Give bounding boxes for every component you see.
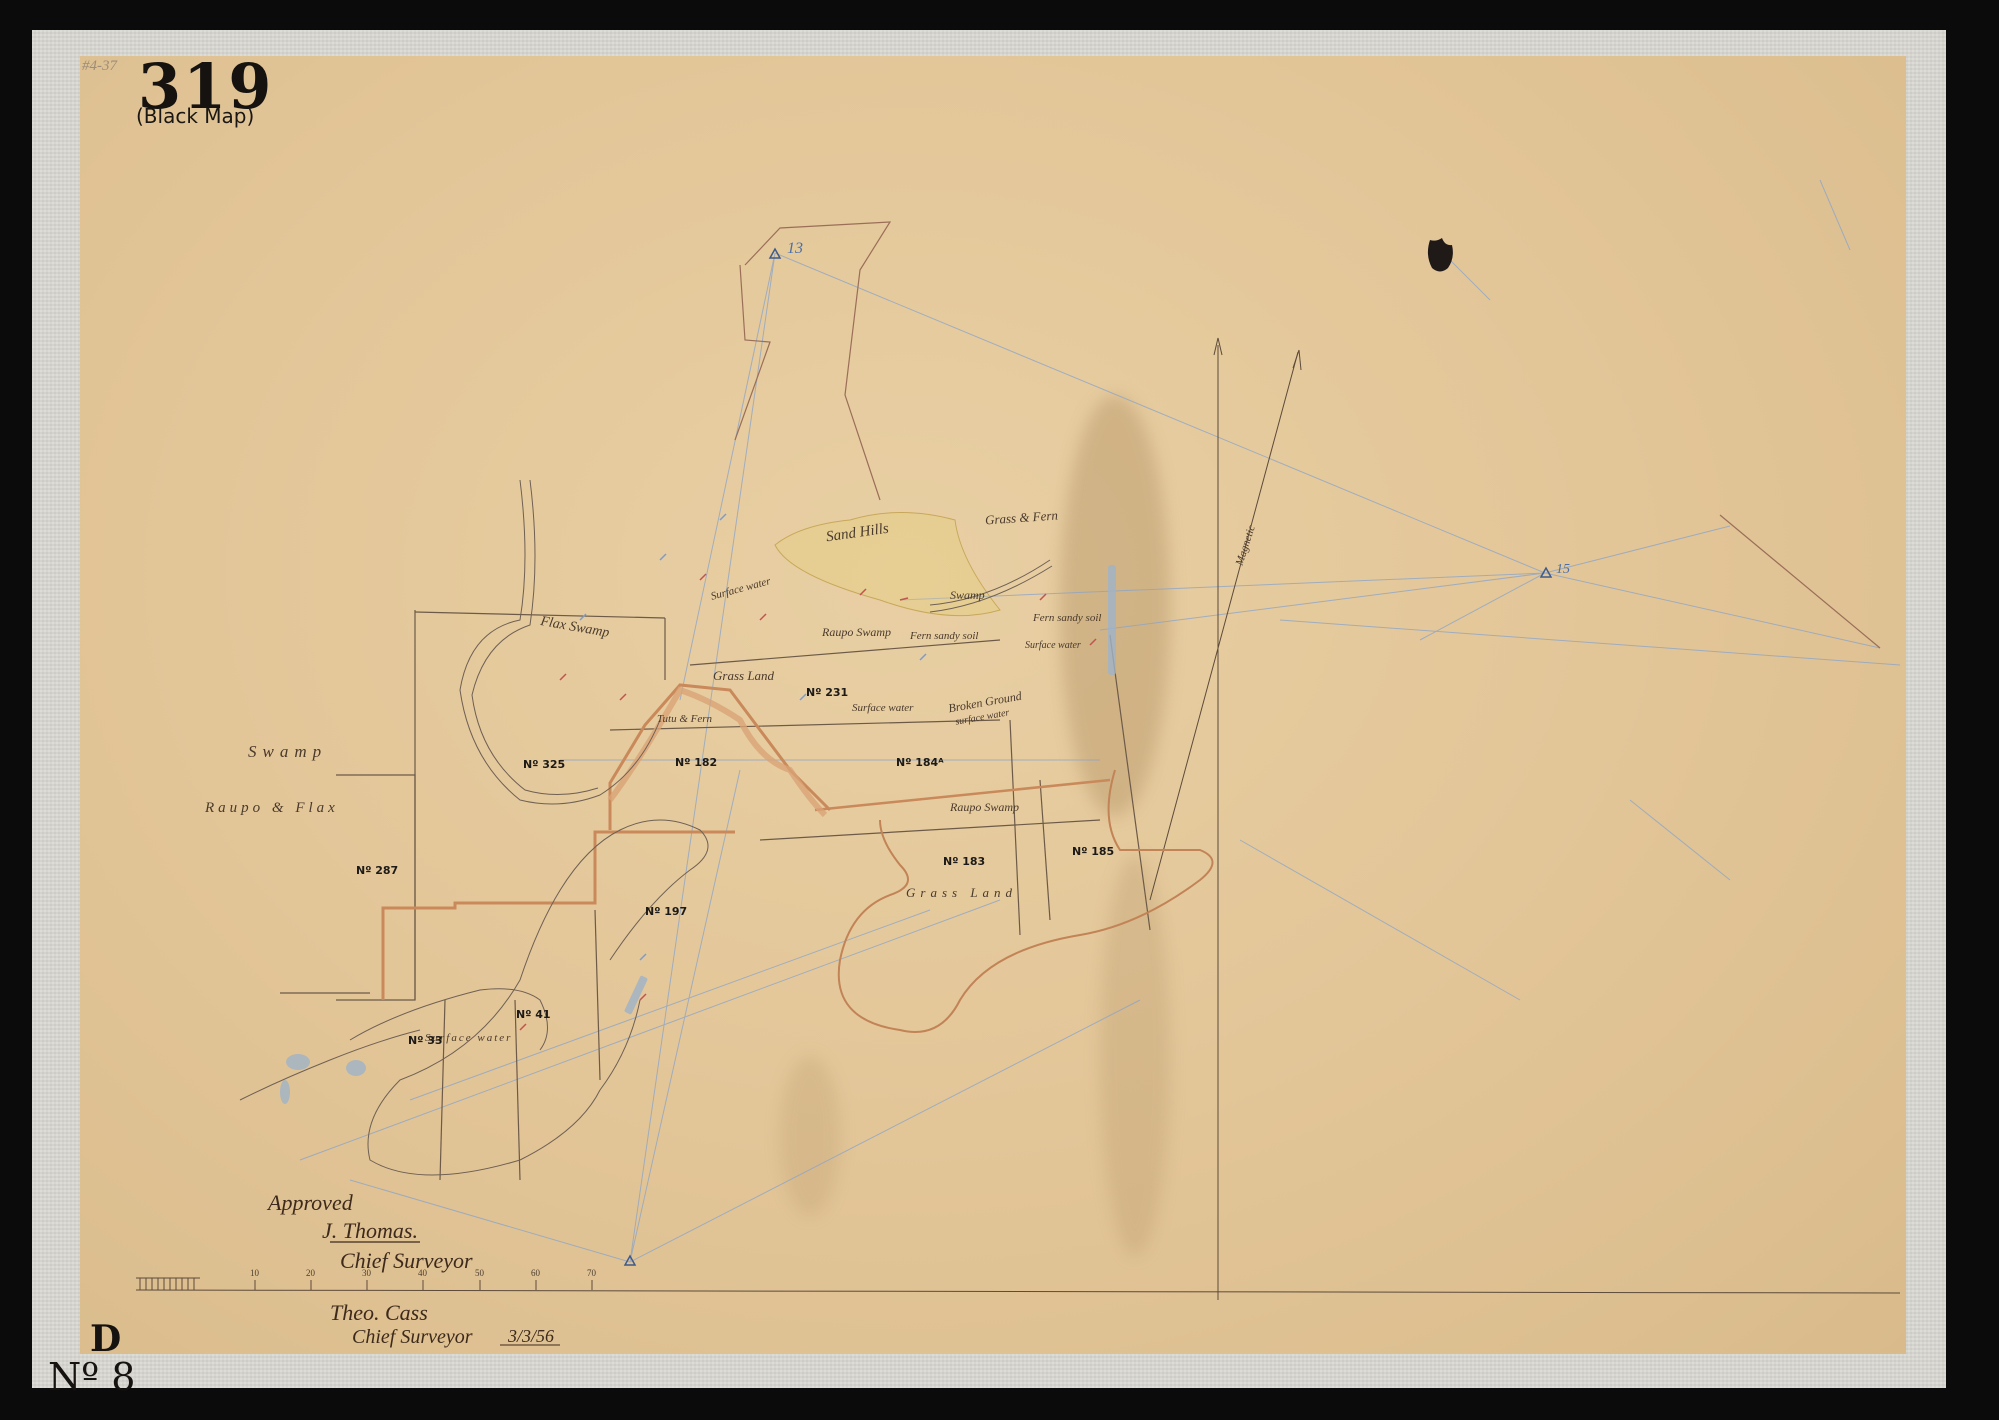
lot-185: Nº 185 — [1072, 845, 1114, 858]
label-fern-sandy-soil: Fern sandy soil — [910, 630, 978, 642]
lot-183: Nº 183 — [943, 855, 985, 868]
scale-tick: 60 — [531, 1268, 540, 1278]
approved-label: Approved — [268, 1190, 353, 1216]
label-surface-water-east: Surface water — [1025, 640, 1081, 651]
scale-tick: 50 — [475, 1268, 484, 1278]
second-signature-name: Theo. Cass — [330, 1300, 428, 1326]
second-signature-date: 3/3/56 — [508, 1326, 554, 1347]
lot-287: Nº 287 — [356, 864, 398, 877]
lot-197: Nº 197 — [645, 905, 687, 918]
lot-182: Nº 182 — [675, 756, 717, 769]
survey-rays — [300, 180, 1900, 1262]
label-grass-land: Grass Land — [713, 668, 774, 684]
scale-bar — [136, 1278, 1900, 1293]
scale-tick: 70 — [587, 1268, 596, 1278]
ink-blot — [1428, 238, 1453, 272]
trig-15-label: 15 — [1556, 562, 1570, 578]
lagoon-boundary — [839, 770, 1213, 1032]
lot-231: Nº 231 — [806, 686, 848, 699]
approval-signature: J. Thomas. — [322, 1218, 418, 1244]
sheet-number: Nº 8 — [48, 1355, 135, 1399]
pencil-reference: #4-37 — [82, 58, 117, 75]
meridian-lines — [1150, 338, 1301, 1300]
trig-13-label: 13 — [787, 240, 803, 258]
catalog-subtitle: (Black Map) — [136, 104, 254, 128]
label-swamp-west: Swamp — [248, 742, 327, 762]
water-patches — [280, 565, 1116, 1104]
label-grass-land-south: Grass Land — [906, 885, 1017, 901]
second-signature-title: Chief Surveyor — [352, 1326, 473, 1349]
label-swamp: Swamp — [950, 588, 985, 603]
label-raupo-flax: Raupo & Flax — [205, 800, 339, 817]
river-ribbon — [610, 690, 825, 815]
label-raupo-swamp: Raupo Swamp — [822, 625, 891, 640]
scale-tick: 10 — [250, 1268, 259, 1278]
label-raupo-swamp-south: Raupo Swamp — [950, 800, 1019, 815]
scale-tick: 40 — [418, 1268, 427, 1278]
scale-tick: 20 — [306, 1268, 315, 1278]
lot-325: Nº 325 — [523, 758, 565, 771]
lot-184a: Nº 184ᴬ — [896, 756, 944, 769]
lot-33: Nº 33 — [408, 1034, 443, 1047]
scale-tick: 30 — [362, 1268, 371, 1278]
approval-title: Chief Surveyor — [340, 1248, 473, 1274]
label-tutu-fern: Tutu & Fern — [657, 713, 712, 725]
sheet-letter: D — [90, 1318, 121, 1360]
label-surface-water-mid: Surface water — [852, 702, 913, 714]
lot-41: Nº 41 — [516, 1008, 551, 1021]
label-fern-sandy-soil-east: Fern sandy soil — [1033, 612, 1101, 624]
